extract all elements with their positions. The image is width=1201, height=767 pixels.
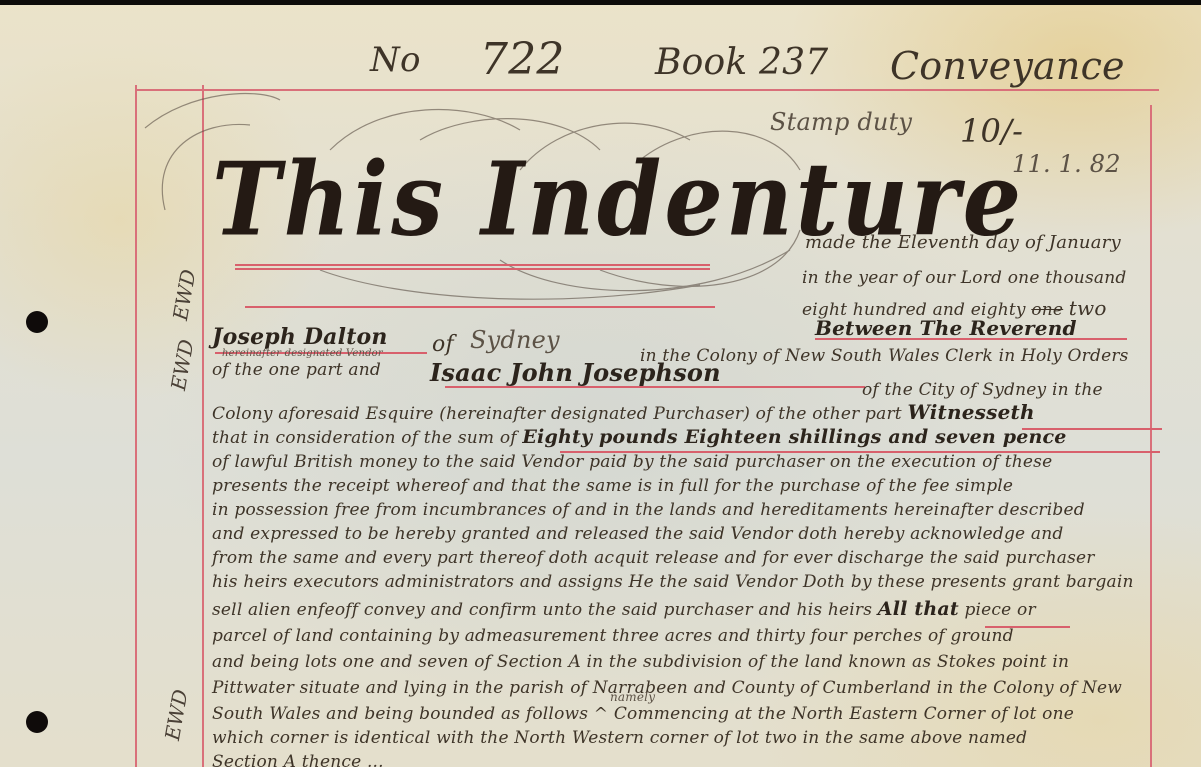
scan-top-edge: [0, 0, 1201, 5]
purchaser-underline: [445, 386, 865, 388]
interlined-word: namely: [610, 690, 655, 704]
one-part-text: of the one part and: [212, 360, 381, 380]
title-underline: [235, 268, 710, 270]
preamble-line-1: made the Eleventh day of January: [805, 232, 1121, 253]
witnesseth-word: Witnesseth: [907, 400, 1034, 424]
between-underline: [815, 338, 1127, 340]
vendor-of: of: [432, 332, 454, 357]
stamp-duty-label: Stamp duty: [770, 108, 912, 136]
consideration-amount: Eighty pounds Eighteen shillings and sev…: [522, 426, 1066, 448]
body-text: piece or: [964, 600, 1035, 620]
margin-initials: EWD: [168, 268, 201, 323]
margin-initials: EWD: [160, 688, 193, 743]
book-label: Book 237: [655, 42, 828, 83]
body-line-11: and being lots one and seven of Section …: [212, 652, 1069, 672]
margin-initials: EWD: [166, 338, 199, 393]
binding-hole: [26, 311, 48, 333]
register-number-value: 722: [480, 34, 565, 85]
body-text: sell alien enfeoff convey and confirm un…: [212, 600, 872, 620]
title-rule: [245, 306, 715, 308]
body-line-1: Colony aforesaid Esquire (hereinafter de…: [212, 400, 1035, 424]
body-line-7: from the same and every part thereof dot…: [212, 548, 1095, 568]
between-clause: Between The Reverend: [815, 316, 1077, 340]
document-page: No 722 Book 237 Conveyance Stamp duty 10…: [0, 0, 1201, 767]
outer-margin-rule: [135, 85, 137, 767]
date-note: 11. 1. 82: [1012, 150, 1121, 178]
body-line-6: and expressed to be hereby granted and r…: [212, 524, 1064, 544]
body-line-4: presents the receipt whereof and that th…: [212, 476, 1013, 496]
right-margin-rule: [1150, 105, 1152, 767]
body-line-15: Section A thence ...: [212, 752, 384, 767]
preamble-line-2: in the year of our Lord one thousand: [802, 268, 1126, 288]
body-line-2: that in consideration of the sum of Eigh…: [212, 426, 1067, 448]
vendor-place: Sydney: [470, 326, 560, 354]
body-text: Colony aforesaid Esquire (hereinafter de…: [212, 404, 902, 424]
register-number-label: No: [370, 40, 421, 80]
body-line-14: which corner is identical with the North…: [212, 728, 1027, 748]
vendor-name: Joseph Dalton: [212, 324, 388, 350]
body-line-3: of lawful British money to the said Vend…: [212, 452, 1052, 472]
body-line-9: sell alien enfeoff convey and confirm un…: [212, 598, 1036, 620]
binding-hole: [26, 711, 48, 733]
body-line-5: in possession free from incumbrances of …: [212, 500, 1085, 520]
body-line-13: South Wales and being bounded as follows…: [212, 704, 1074, 724]
all-that-words: All that: [878, 598, 959, 620]
document-type: Conveyance: [890, 44, 1125, 88]
title-underline: [235, 264, 710, 266]
body-line-12: Pittwater situate and lying in the paris…: [212, 678, 1122, 698]
body-line-8: his heirs executors administrators and a…: [212, 572, 1134, 592]
vendor-interlined: hereinafter designated Vendor: [222, 348, 383, 359]
purchaser-description: of the City of Sydney in the: [862, 380, 1103, 400]
top-rule: [135, 89, 1159, 91]
body-line-10: parcel of land containing by admeasureme…: [212, 626, 1014, 646]
inner-margin-rule: [202, 85, 204, 767]
preamble-date-text: made the Eleventh day of January: [805, 232, 1121, 253]
purchaser-name: Isaac John Josephson: [430, 358, 721, 387]
body-text: that in consideration of the sum of: [212, 428, 517, 448]
